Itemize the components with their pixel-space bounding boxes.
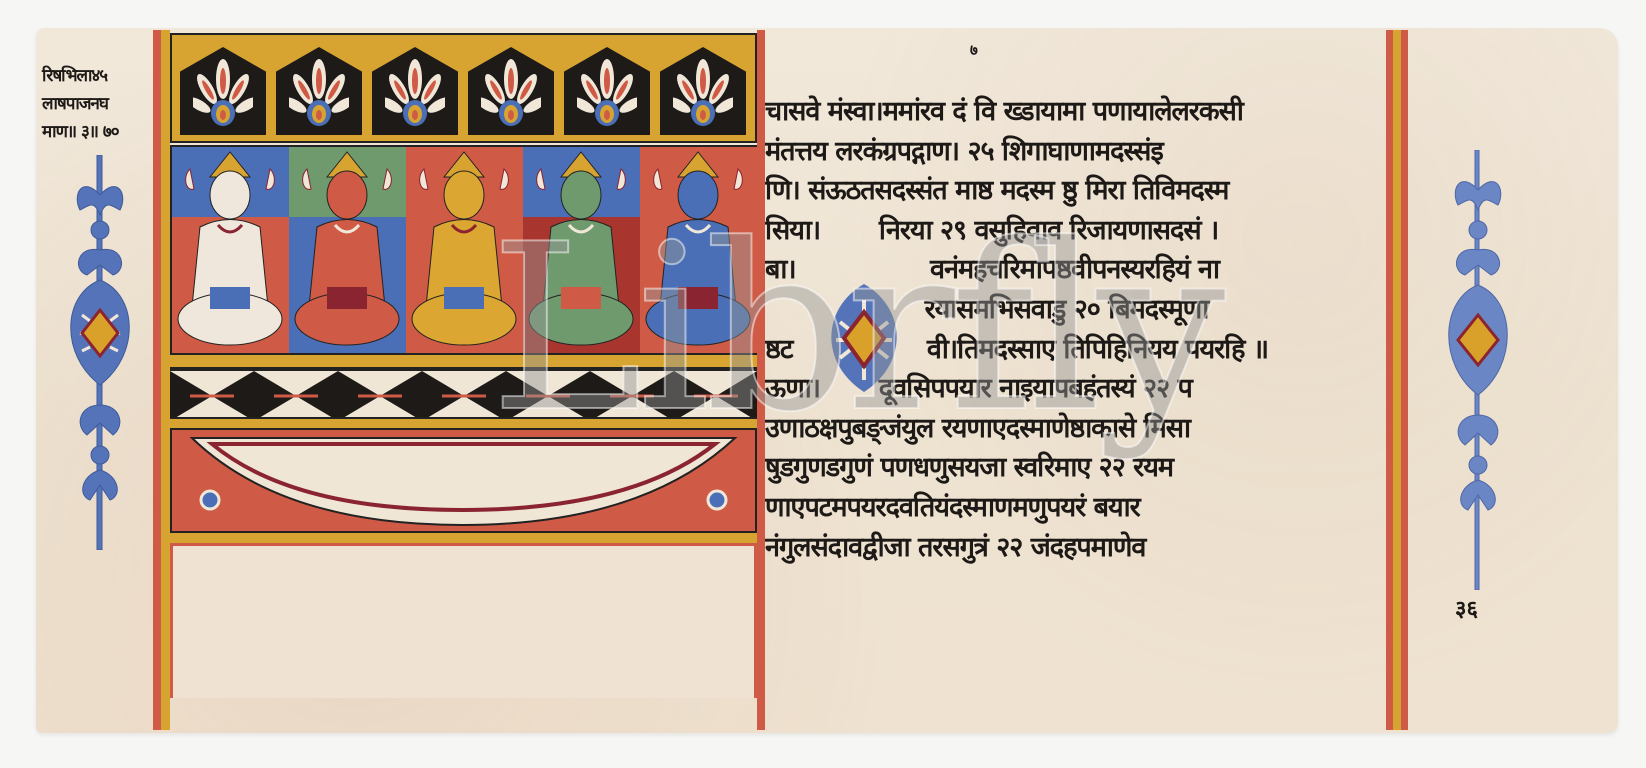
text-line: णि। संऊठतसदस्संत माष्ठ मदस्म ष्ठु मिरा त…: [765, 171, 1397, 211]
right-red-rule-outer: [1401, 30, 1408, 730]
white-figure-icon: [172, 147, 289, 353]
arcade-frieze: [170, 33, 757, 143]
left-floral-ornament-icon: [52, 155, 148, 550]
text-line: चासवे मंस्वा।ममांरव दं वि ख्डायामा पणाया…: [765, 92, 1397, 132]
red-figure-icon: [289, 147, 406, 353]
yellow-figure-icon: [406, 147, 523, 353]
left-yellow-rule: [161, 30, 170, 730]
text-line: नंगुलसंदावद्वीजा तरसगुत्रं २२ जंदहपमाणेव: [765, 528, 1397, 568]
right-red-rule: [1386, 30, 1393, 730]
lotus-flower-icon: [481, 57, 541, 127]
arch: [372, 47, 458, 135]
throne-base-icon: [172, 430, 755, 531]
right-floral-ornament-icon: [1430, 150, 1526, 590]
arch: [660, 47, 746, 135]
blank-lower-panel: [170, 543, 757, 698]
center-medallion-icon: [818, 282, 910, 394]
yellow-divider: [170, 355, 757, 369]
center-red-rule: [757, 30, 765, 730]
seated-figures-row: [170, 145, 757, 355]
left-margin-note: रिषभिला४५ लाषपाजनघ माण॥ ३॥ ७०: [42, 62, 162, 146]
text-line: णाएपटमपयरदवतियंदस्माणमणुपयरं बयार: [765, 488, 1397, 528]
lotus-flower-icon: [577, 57, 637, 127]
arch: [180, 47, 266, 135]
folio-mark: ७: [970, 40, 978, 60]
text-line: उणाठक्षपुबङ्जंयुल रयणाएदस्माणेष्ठाकासे म…: [765, 409, 1397, 449]
yellow-divider: [170, 533, 757, 543]
arch: [276, 47, 362, 135]
margin-note-line: माण॥ ३॥ ७०: [42, 118, 162, 146]
arch: [468, 47, 554, 135]
text-line: षुडगुणडगुणं पणधणुसयजा स्वरिमाए २२ रयम: [765, 448, 1397, 488]
lotus-flower-icon: [385, 57, 445, 127]
text-line: मंतत्तय लरकंग्रपद्गाण। २५ शिगाघाणामदस्सं…: [765, 132, 1397, 172]
left-red-rule: [153, 30, 161, 730]
lotus-flower-icon: [193, 57, 253, 127]
lotus-flower-icon: [673, 57, 733, 127]
arch: [564, 47, 650, 135]
margin-note-line: रिषभिला४५: [42, 62, 162, 90]
yellow-divider: [170, 419, 757, 428]
green-figure-icon: [523, 147, 640, 353]
text-line: सिया। निरया २९ वसुहिवाव रिजायणासदसं ।: [765, 211, 1397, 251]
miniature-painting: [170, 33, 757, 698]
margin-note-line: लाषपाजनघ: [42, 90, 162, 118]
throne-base-panel: [170, 428, 757, 533]
page-number: ३६: [1455, 593, 1478, 623]
leaf-pattern-band: [170, 369, 757, 419]
right-yellow-rule: [1393, 30, 1401, 730]
leaf-pattern-icon: [170, 371, 757, 419]
lotus-flower-icon: [289, 57, 349, 127]
blue-figure-icon: [640, 147, 757, 353]
